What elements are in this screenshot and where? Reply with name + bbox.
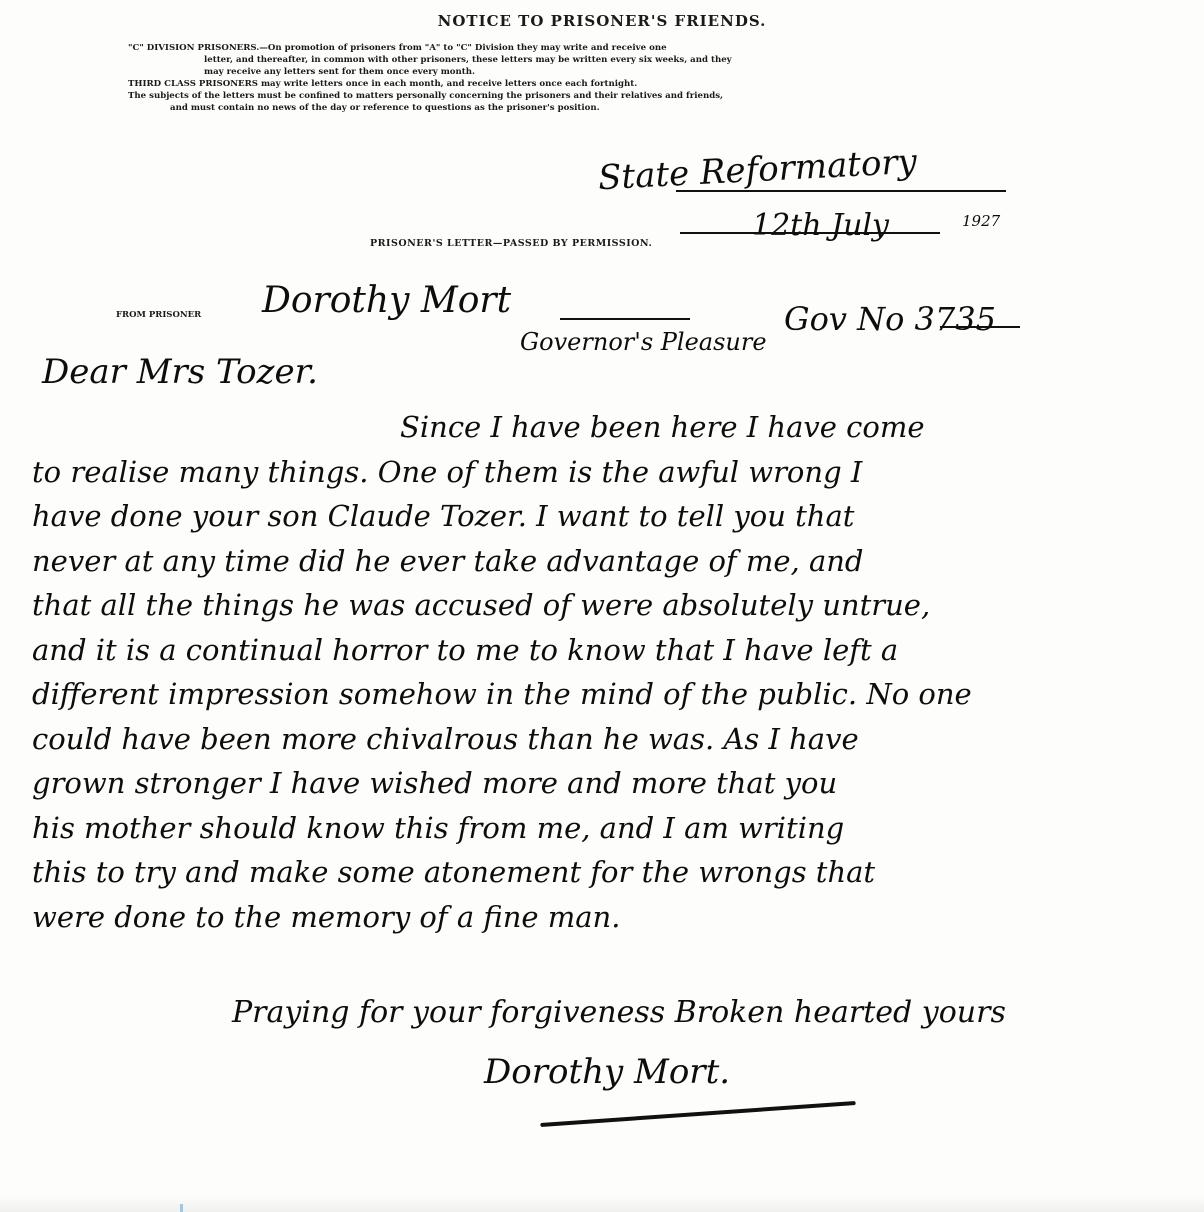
rule-line: letter, and thereafter, in common with o…	[128, 54, 1008, 66]
letter-line: this to try and make some atonement for …	[32, 850, 1152, 895]
letter-line: have done your son Claude Tozer. I want …	[32, 494, 1152, 539]
number-underline	[940, 326, 1020, 328]
rule-line: "C" DIVISION PRISONERS.—On promotion of …	[128, 42, 1008, 54]
scan-artifact	[180, 1204, 183, 1212]
notice-title: NOTICE TO PRISONER'S FRIENDS.	[0, 12, 1204, 30]
rule-line: THIRD CLASS PRISONERS may write letters …	[128, 78, 1008, 90]
letter-line: could have been more chivalrous than he …	[32, 717, 1152, 762]
rule-line: may receive any letters sent for them on…	[128, 66, 1008, 78]
letter-line: Since I have been here I have come	[32, 405, 1152, 450]
name-dash	[560, 318, 690, 320]
letter-page: NOTICE TO PRISONER'S FRIENDS. "C" DIVISI…	[0, 0, 1204, 1212]
letter-line: never at any time did he ever take advan…	[32, 539, 1152, 584]
letter-line: that all the things he was accused of we…	[32, 583, 1152, 628]
passed-label: PRISONER'S LETTER—PASSED BY PERMISSION.	[370, 238, 652, 249]
sentence-note: Governor's Pleasure	[520, 328, 767, 356]
letter-line: were done to the memory of a fine man.	[32, 895, 1152, 940]
prisoner-number: Gov No 3735	[784, 300, 996, 338]
letter-date: 12th July	[752, 208, 889, 243]
signature: Dorothy Mort.	[484, 1052, 730, 1092]
signature-flourish	[540, 1101, 856, 1127]
institution-underline	[676, 190, 1006, 192]
rule-line: The subjects of the letters must be conf…	[128, 90, 1008, 102]
notice-rules: "C" DIVISION PRISONERS.—On promotion of …	[128, 42, 1008, 114]
from-prisoner-label: FROM PRISONER	[116, 310, 201, 320]
letter-line: and it is a continual horror to me to kn…	[32, 628, 1152, 673]
letter-line: his mother should know this from me, and…	[32, 806, 1152, 851]
letter-line: grown stronger I have wished more and mo…	[32, 761, 1152, 806]
date-underline	[680, 232, 940, 234]
letter-body: Since I have been here I have come to re…	[32, 405, 1152, 939]
letter-line: different impression somehow in the mind…	[32, 672, 1152, 717]
closing: Praying for your forgiveness Broken hear…	[232, 995, 1006, 1030]
salutation: Dear Mrs Tozer.	[42, 352, 318, 392]
letter-line: to realise many things. One of them is t…	[32, 450, 1152, 495]
prisoner-name: Dorothy Mort	[262, 280, 511, 321]
letter-year: 1927	[962, 212, 1000, 230]
rule-line: and must contain no news of the day or r…	[128, 102, 1008, 114]
